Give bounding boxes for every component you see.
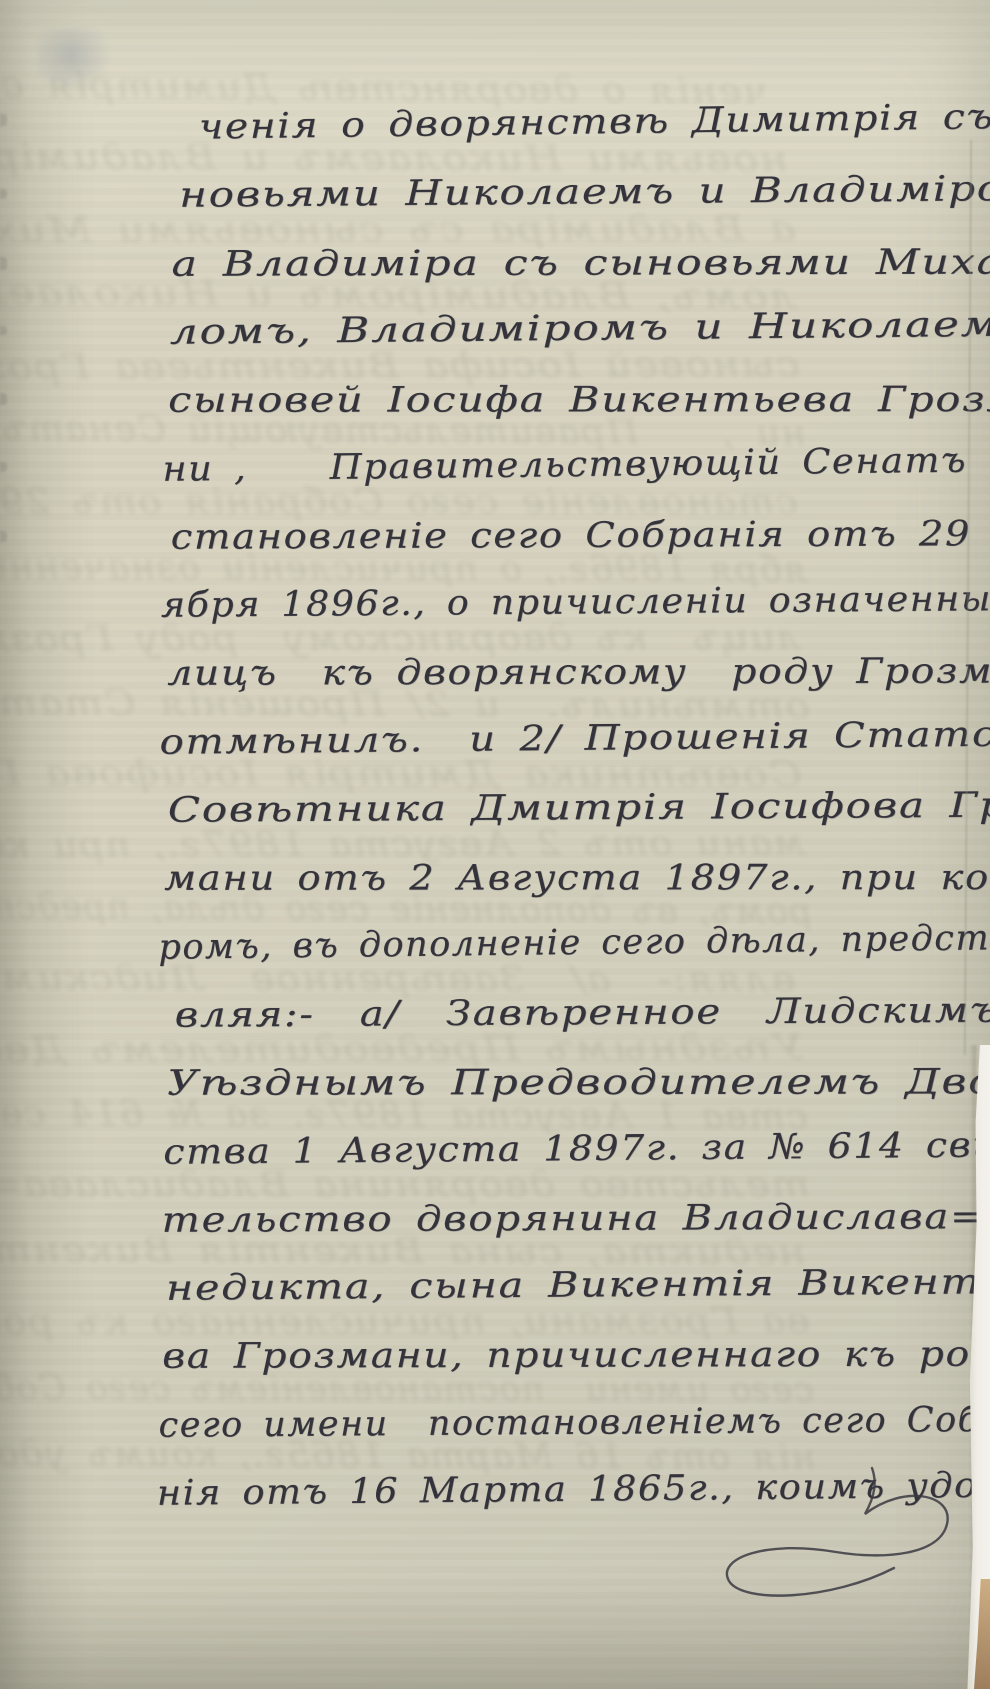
- text-line: тельство дворянина Владислава=Ве-: [162, 1191, 990, 1255]
- left-edge-ink-nub: [0, 189, 7, 199]
- pencil-smudge: [38, 28, 112, 94]
- text-line: ства 1 Августа 1897г. за № 614 свидѣ-: [163, 1118, 990, 1186]
- text-line: вляя:- а/ Завѣренное Лидскимъ: [175, 985, 990, 1050]
- text-line: ченія о дворянствѣ Димитрія съ сы-: [198, 90, 990, 162]
- text-line: мани отъ 2 Августа 1897г., при кото-: [164, 852, 990, 913]
- manuscript-page-scan: ченія о дворянствѣ Димитрія съ сы-новьям…: [0, 0, 990, 1689]
- left-edge-ink-nub: [0, 393, 7, 405]
- text-line: недикта, сына Викентія Викентье-: [166, 1256, 990, 1323]
- text-line: лицъ къ дворянскому роду Грозмани,: [167, 646, 990, 708]
- text-line: отмѣнилъ. и 2/ Прошенія Статскаго: [159, 707, 990, 776]
- text-line: сего имени постановленіемъ сего Собра-: [158, 1393, 990, 1459]
- left-edge-ink-nub: [0, 531, 7, 542]
- text-line: сыновей Іосифа Викентьева Грозма-: [168, 374, 990, 435]
- text-line: становленіе сего Собранія отъ 29 Но-: [171, 508, 990, 572]
- pen-flourish: [660, 1462, 960, 1622]
- text-line: ября 1896г., о причисленіи означенныхъ: [161, 573, 990, 640]
- text-line: Совѣтника Дмитрія Іосифова Гроз-: [168, 779, 990, 845]
- text-line: новьями Николаемъ и Владиміромъ,: [179, 163, 990, 230]
- text-line: Уѣзднымъ Предводителемъ Дворян-: [167, 1056, 990, 1118]
- text-line: ломъ, Владиміромъ и Николаемъ,: [169, 298, 990, 366]
- left-edge-ink-nub: [0, 257, 7, 270]
- left-edge-ink-nub: [0, 326, 7, 335]
- left-edge-ink-nub: [0, 462, 7, 472]
- text-line: ни , Правительствующій Сенатъ по-: [162, 433, 990, 503]
- text-line: ромъ, въ дополненіе сего дѣла, предста-: [158, 912, 990, 982]
- text-line: а Владиміра съ сыновьями Михаи-: [171, 236, 990, 298]
- handwritten-text-block: ченія о дворянствѣ Димитрія съ сы-новьям…: [146, 0, 983, 1689]
- text-line: ва Грозмани, причисленнаго къ роду: [162, 1329, 990, 1391]
- left-edge-ink-nub: [0, 114, 7, 126]
